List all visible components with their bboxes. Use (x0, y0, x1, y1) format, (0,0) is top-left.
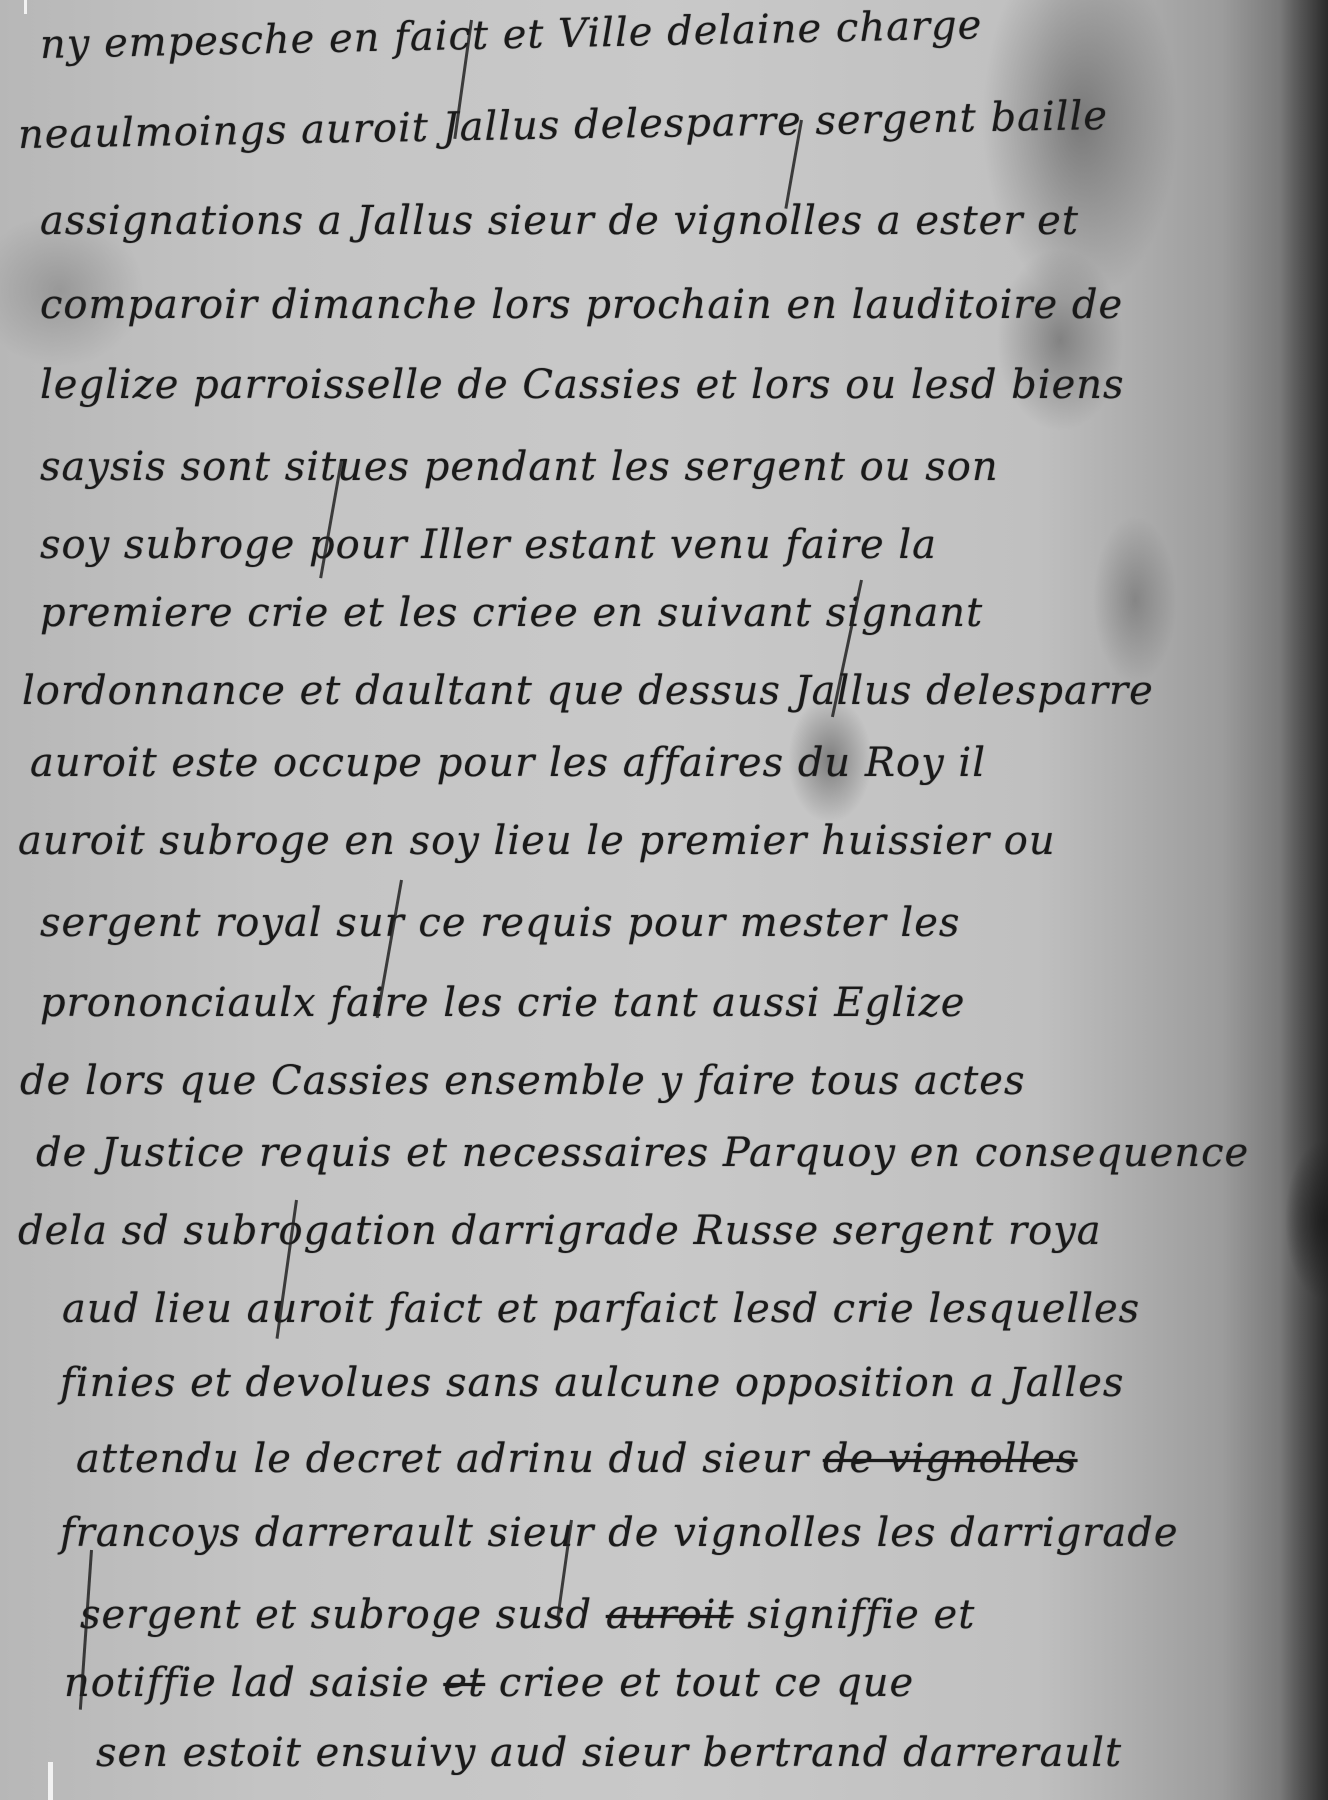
manuscript-line-13: prononciaulx faire les crie tant aussi E… (40, 980, 965, 1026)
manuscript-page: ny empesche en faict et Ville delaine ch… (0, 0, 1328, 1800)
line-text: notiffie lad saisie (64, 1660, 430, 1706)
manuscript-line-9: lordonnance et daultant que dessus Jallu… (22, 668, 1154, 714)
line-text: saysis sont situes pendant les sergent o… (40, 444, 999, 490)
manuscript-line-11: auroit subroge en soy lieu le premier hu… (18, 818, 1056, 864)
manuscript-line-18: finies et devolues sans aulcune oppositi… (60, 1360, 1124, 1406)
line-text: sergent et subroge susd (80, 1592, 592, 1638)
manuscript-line-16: dela sd subrogation darrigrade Russe ser… (18, 1208, 1102, 1254)
manuscript-line-8: premiere crie et les criee en suivant si… (40, 590, 983, 636)
line-text: francoys darrerault sieur de vignolles l… (60, 1510, 1179, 1556)
manuscript-line-12: sergent royal sur ce requis pour mester … (40, 900, 960, 946)
line-text: sergent royal sur ce requis pour mester … (40, 900, 960, 946)
scan-marker-bottom (48, 1762, 53, 1800)
line-text: de Justice requis et necessaires Parquoy… (36, 1130, 1249, 1176)
line-text: lordonnance et daultant que dessus Jallu… (22, 668, 1154, 714)
line-text: comparoir dimanche lors prochain en laud… (40, 282, 1123, 328)
line-text: premiere crie et les criee en suivant si… (40, 590, 983, 636)
line-text-tail: signiffie et (747, 1592, 975, 1638)
line-text-tail: criee et tout ce que (499, 1660, 914, 1706)
line-text: auroit este occupe pour les affaires du … (30, 740, 986, 786)
manuscript-line-7: soy subroge pour Iller estant venu faire… (40, 522, 937, 568)
manuscript-line-10: auroit este occupe pour les affaires du … (30, 740, 986, 786)
line-text: auroit subroge en soy lieu le premier hu… (18, 818, 1056, 864)
struck-text: de vignolles (823, 1436, 1078, 1482)
manuscript-line-4: comparoir dimanche lors prochain en laud… (40, 282, 1123, 328)
line-text: de lors que Cassies ensemble y faire tou… (20, 1058, 1026, 1104)
line-text: leglize parroisselle de Cassies et lors … (40, 362, 1125, 408)
line-text: finies et devolues sans aulcune oppositi… (60, 1360, 1124, 1406)
line-text: attendu le decret adrinu dud sieur (76, 1436, 809, 1482)
manuscript-line-2: neaulmoings auroit Jallus delesparre ser… (18, 93, 1109, 158)
manuscript-line-1: ny empesche en faict et Ville delaine ch… (40, 2, 983, 68)
manuscript-line-6: saysis sont situes pendant les sergent o… (40, 444, 999, 490)
line-text: ny empesche en faict et Ville delaine ch… (40, 2, 983, 68)
line-text: prononciaulx faire les crie tant aussi E… (40, 980, 965, 1026)
line-text: aud lieu auroit faict et parfaict lesd c… (62, 1286, 1140, 1332)
manuscript-line-21: sergent et subroge susd auroit signiffie… (80, 1592, 975, 1638)
manuscript-line-5: leglize parroisselle de Cassies et lors … (40, 362, 1125, 408)
manuscript-line-23: sen estoit ensuivy aud sieur bertrand da… (96, 1730, 1122, 1776)
scan-marker-top (24, 0, 27, 14)
page-binding-shadow (1280, 0, 1328, 1800)
manuscript-line-19: attendu le decret adrinu dud sieur de vi… (76, 1436, 1077, 1482)
manuscript-line-3: assignations a Jallus sieur de vignolles… (40, 198, 1079, 244)
struck-text: auroit (606, 1592, 734, 1638)
manuscript-line-15: de Justice requis et necessaires Parquoy… (36, 1130, 1249, 1176)
manuscript-line-17: aud lieu auroit faict et parfaict lesd c… (62, 1286, 1140, 1332)
line-text: sen estoit ensuivy aud sieur bertrand da… (96, 1730, 1122, 1776)
line-text: assignations a Jallus sieur de vignolles… (40, 198, 1079, 244)
line-text: dela sd subrogation darrigrade Russe ser… (18, 1208, 1102, 1254)
struck-text: et (443, 1660, 485, 1706)
manuscript-line-20: francoys darrerault sieur de vignolles l… (60, 1510, 1179, 1556)
line-text: soy subroge pour Iller estant venu faire… (40, 522, 937, 568)
manuscript-line-22: notiffie lad saisie et criee et tout ce … (64, 1660, 914, 1706)
line-text: neaulmoings auroit Jallus delesparre ser… (18, 93, 1109, 158)
manuscript-line-14: de lors que Cassies ensemble y faire tou… (20, 1058, 1026, 1104)
